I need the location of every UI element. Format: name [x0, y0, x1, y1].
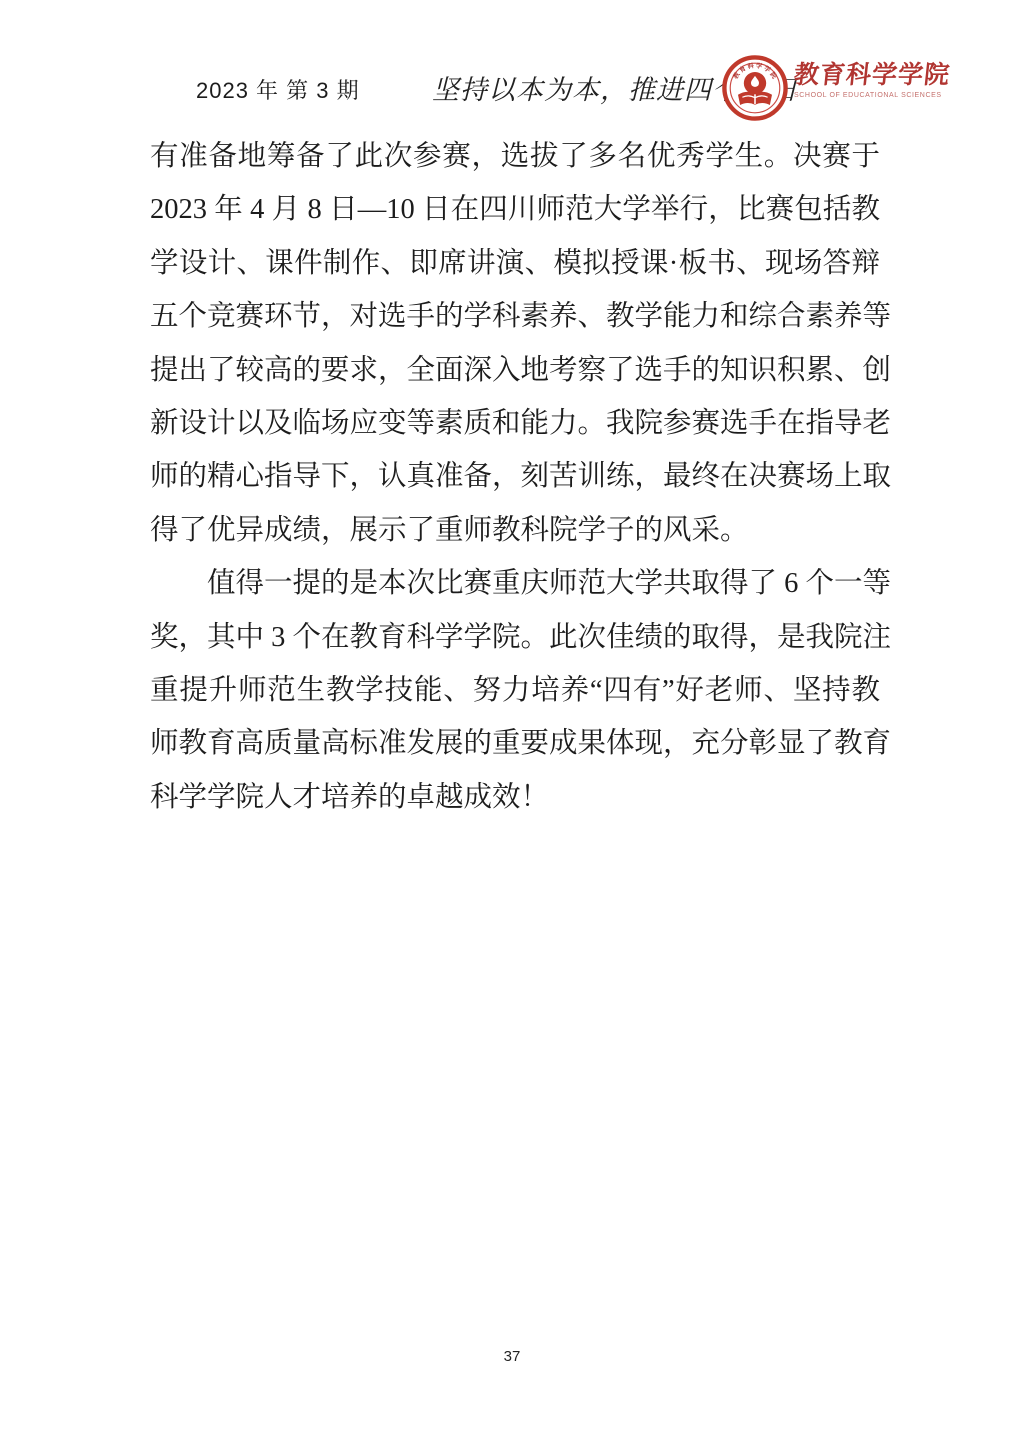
issue-label: 2023 年 第 3 期	[196, 74, 360, 105]
body-line: 提出了较高的要求，全面深入地考察了选手的知识积累、创	[150, 344, 880, 397]
body-line: 有准备地筹备了此次参赛，选拔了多名优秀学生。决赛于	[150, 130, 880, 183]
body-line: 师教育高质量高标准发展的重要成果体现，充分彰显了教育	[150, 717, 880, 770]
document-body: 有准备地筹备了此次参赛，选拔了多名优秀学生。决赛于 2023 年 4 月 8 日…	[150, 130, 880, 824]
body-line: 奖，其中 3 个在教育科学学院。此次佳绩的取得，是我院注	[150, 611, 880, 664]
body-line: 科学学院人才培养的卓越成效！	[150, 771, 880, 824]
body-line: 五个竞赛环节，对选手的学科素养、教学能力和综合素养等	[150, 290, 880, 343]
body-line: 新设计以及临场应变等素质和能力。我院参赛选手在指导老	[150, 397, 880, 450]
body-line: 值得一提的是本次比赛重庆师范大学共取得了 6 个一等	[150, 557, 880, 610]
page-number: 37	[0, 1348, 1024, 1365]
page-header: 2023 年 第 3 期 坚持以本为本，推进四个回归 教 育 科 学 学 院 教…	[0, 0, 1024, 130]
body-line: 学设计、课件制作、即席讲演、模拟授课·板书、现场答辩	[150, 237, 880, 290]
school-seal-icon: 教 育 科 学 学 院	[721, 54, 789, 122]
school-name-en: SCHOOL OF EDUCATIONAL SCIENCES	[794, 92, 950, 99]
school-name-block: 教育科学学院 SCHOOL OF EDUCATIONAL SCIENCES	[794, 54, 950, 99]
body-line: 得了优异成绩，展示了重师教科院学子的风采。	[150, 504, 880, 557]
body-line: 重提升师范生教学技能、努力培养“四有”好老师、坚持教	[150, 664, 880, 717]
document-page: 2023 年 第 3 期 坚持以本为本，推进四个回归 教 育 科 学 学 院 教…	[0, 0, 1024, 1448]
body-line: 2023 年 4 月 8 日—10 日在四川师范大学举行，比赛包括教	[150, 183, 880, 236]
body-line: 师的精心指导下，认真准备，刻苦训练，最终在决赛场上取	[150, 450, 880, 503]
school-brand: 教 育 科 学 学 院 教育科学学院 SCHOOL OF EDUCATIONAL…	[721, 54, 950, 122]
school-name-cn: 教育科学学院	[793, 62, 952, 90]
